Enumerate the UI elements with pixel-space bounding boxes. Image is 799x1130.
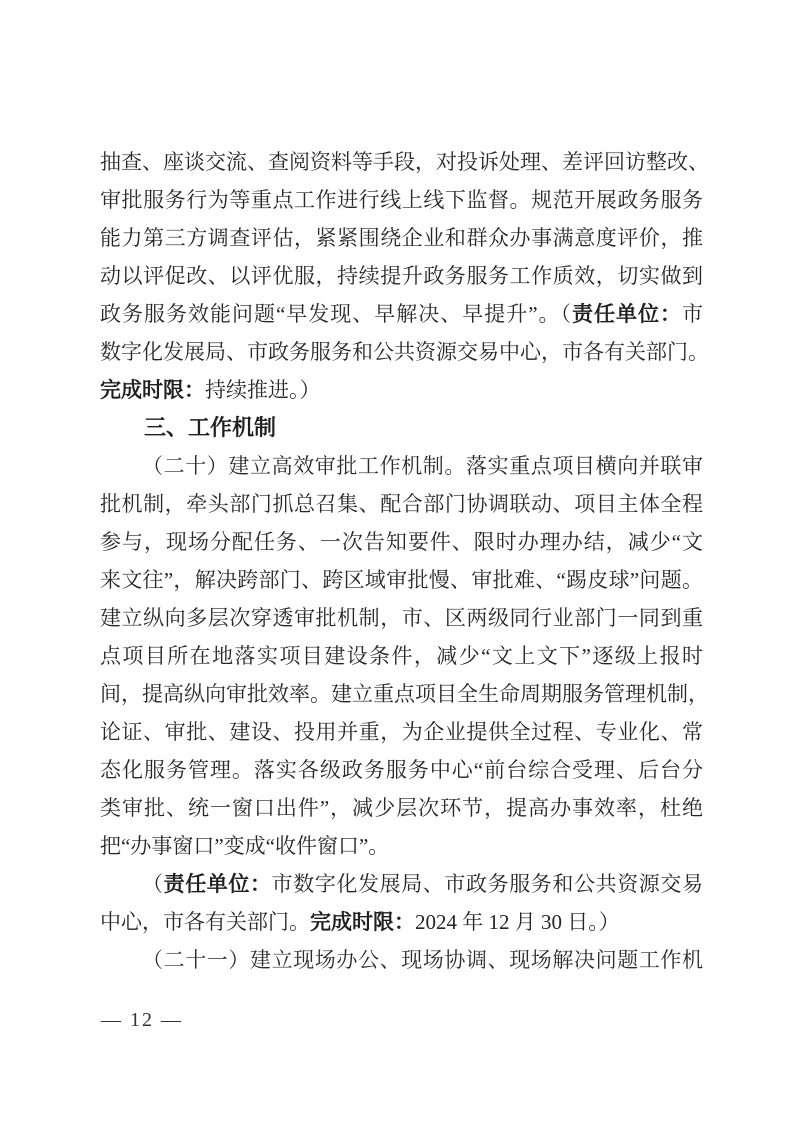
document-body: 抽查、座谈交流、查阅资料等手段，对投诉处理、差评回访整改、 审批服务行为等重点工…: [100, 143, 703, 979]
body-line: （二十）建立高效审批工作机制。落实重点项目横向并联审: [100, 447, 703, 485]
body-text: 参与，现场分配任务、一次告知要件、限时办理办结，减少“文: [100, 530, 703, 554]
body-line: 数字化发展局、市政务服务和公共资源交易中心，市各有关部门。: [100, 333, 703, 371]
body-text: 抽查、座谈交流、查阅资料等手段，对投诉处理、差评回访整改、: [100, 150, 709, 174]
body-text: 数字化发展局、市政务服务和公共资源交易中心，市各有关部门。: [100, 340, 709, 364]
section-heading: 三、工作机制: [100, 409, 703, 447]
body-line: 论证、审批、建设、投用并重，为企业提供全过程、专业化、常: [100, 713, 703, 751]
body-line: 批机制，牵头部门抓总召集、配合部门协调联动、项目主体全程: [100, 485, 703, 523]
body-line: 类审批、统一窗口出件”，减少层次环节，提高办事效率，杜绝: [100, 789, 703, 827]
body-line: 点项目所在地落实项目建设条件，减少“文上文下”逐级上报时: [100, 637, 703, 675]
body-line: 动以评促改、以评优服，持续提升政务服务工作质效，切实做到: [100, 257, 703, 295]
responsible-unit-label: 责任单位：: [572, 302, 682, 326]
body-line: 审批服务行为等重点工作进行线上线下监督。规范开展政务服务: [100, 181, 703, 219]
body-line: （二十一）建立现场办公、现场协调、现场解决问题工作机: [100, 941, 703, 979]
document-page: 抽查、座谈交流、查阅资料等手段，对投诉处理、差评回访整改、 审批服务行为等重点工…: [0, 0, 799, 1130]
body-line: 中心，市各有关部门。完成时限：2024 年 12 月 30 日。）: [100, 903, 703, 941]
body-text: 落实重点项目横向并联审: [466, 454, 703, 478]
body-line: 态化服务管理。落实各级政务服务中心“前台综合受理、后台分: [100, 751, 703, 789]
body-text: 批机制，牵头部门抓总召集、配合部门协调联动、项目主体全程: [100, 492, 703, 516]
body-line: 能力第三方调查评估，紧紧围绕企业和群众办事满意度评价，推: [100, 219, 703, 257]
deadline-label: 完成时限：: [310, 910, 415, 934]
body-text: 来文往”，解决跨部门、跨区域审批慢、审批难、“踢皮球”问题。: [100, 568, 703, 592]
body-text: （: [142, 872, 164, 896]
deadline-label: 完成时限：: [100, 378, 205, 402]
body-line: 抽查、座谈交流、查阅资料等手段，对投诉处理、差评回访整改、: [100, 143, 703, 181]
body-text: 类审批、统一窗口出件”，减少层次环节，提高办事效率，杜绝: [100, 796, 703, 820]
body-text: 把“办事窗口”变成“收件窗口”。: [100, 834, 389, 858]
body-text: 论证、审批、建设、投用并重，为企业提供全过程、专业化、常: [100, 720, 703, 744]
body-text: 间，提高纵向审批效率。建立重点项目全生命周期服务管理机制，: [100, 682, 709, 706]
body-text: 市数字化发展局、市政务服务和公共资源交易: [272, 872, 703, 896]
item-21-title: （二十一）建立现场办公、现场协调、现场解决问题工作机: [142, 948, 703, 972]
responsible-unit-label: 责任单位：: [164, 872, 272, 896]
body-text: 2024 年 12 月 30 日。）: [415, 910, 620, 934]
body-text: 中心，市各有关部门。: [100, 910, 310, 934]
body-text: 市: [682, 302, 703, 326]
section-heading-text: 三、工作机制: [144, 415, 276, 440]
body-line: 完成时限：持续推进。）: [100, 371, 703, 409]
body-line: 把“办事窗口”变成“收件窗口”。: [100, 827, 703, 865]
body-text: 点项目所在地落实项目建设条件，减少“文上文下”逐级上报时: [100, 644, 703, 668]
body-line: 参与，现场分配任务、一次告知要件、限时办理办结，减少“文: [100, 523, 703, 561]
body-line: 建立纵向多层次穿透审批机制，市、区两级同行业部门一同到重: [100, 599, 703, 637]
body-line: 来文往”，解决跨部门、跨区域审批慢、审批难、“踢皮球”问题。: [100, 561, 703, 599]
body-text: 持续推进。）: [205, 378, 321, 402]
body-text: 审批服务行为等重点工作进行线上线下监督。规范开展政务服务: [100, 188, 703, 212]
body-text: 能力第三方调查评估，紧紧围绕企业和群众办事满意度评价，推: [100, 226, 703, 250]
item-20-title: （二十）建立高效审批工作机制。: [142, 454, 466, 478]
body-line: 间，提高纵向审批效率。建立重点项目全生命周期服务管理机制，: [100, 675, 703, 713]
body-text: 动以评促改、以评优服，持续提升政务服务工作质效，切实做到: [100, 264, 703, 288]
body-line: 政务服务效能问题“早发现、早解决、早提升”。（责任单位：市: [100, 295, 703, 333]
body-line: （责任单位：市数字化发展局、市政务服务和公共资源交易: [100, 865, 703, 903]
body-text: 态化服务管理。落实各级政务服务中心“前台综合受理、后台分: [100, 758, 703, 782]
page-number: — 12 —: [101, 1003, 183, 1037]
body-text: 政务服务效能问题“早发现、早解决、早提升”。（: [100, 302, 572, 326]
body-text: 建立纵向多层次穿透审批机制，市、区两级同行业部门一同到重: [100, 606, 703, 630]
